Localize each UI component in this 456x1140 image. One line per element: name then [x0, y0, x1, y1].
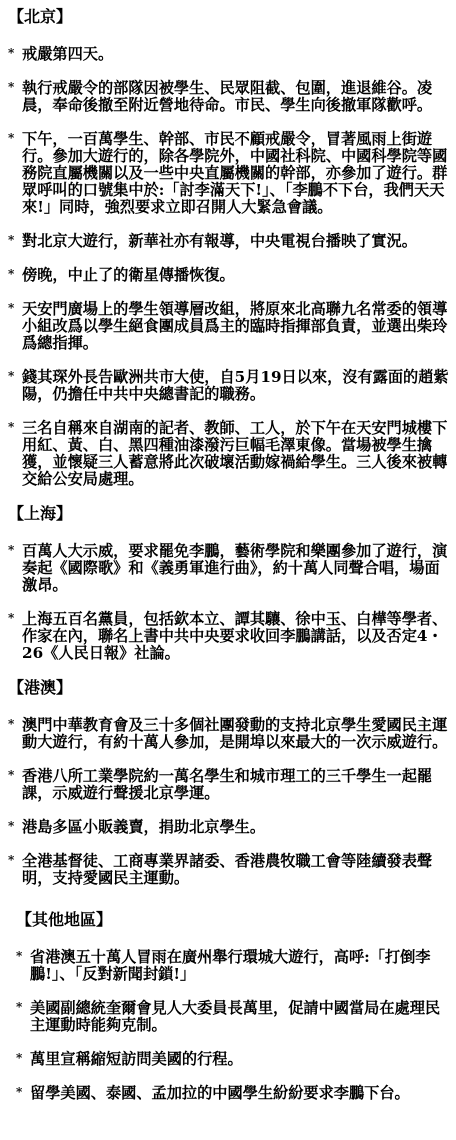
item-text: 港島多區小販義賣，捐助北京學生。	[22, 818, 265, 836]
item-text: 傍晚，中止了的衛星傳播恢復。	[22, 266, 235, 284]
item-text: 天安門廣場上的學生領導層改組，將原來北高聯九名常委的領導小組改爲以學生絕食團成員…	[22, 300, 447, 352]
list-item: *留學美國、泰國、孟加拉的中國學生紛紛要求李鵬下台。	[0, 1085, 456, 1102]
list-item: *錢其琛外長告歐洲共市大使，自5月19日以來，沒有露面的趙紫陽，仍擔任中共中央總…	[0, 369, 456, 403]
bullet-icon: *	[8, 717, 14, 731]
item-list: *澳門中華教育會及三十多個社團發動的支持北京學生愛國民主運動大遊行，有約十萬人參…	[0, 717, 456, 887]
item-text: 錢其琛外長告歐洲共市大使，自5月19日以來，沒有露面的趙紫陽，仍擔任中共中央總書…	[22, 368, 449, 403]
item-text: 三名自稱來自湖南的記者、教師、工人，於下午在天安門城樓下用紅、黃、白、黑四種油漆…	[22, 419, 447, 488]
section-title: 【港澳】	[8, 679, 456, 697]
item-text: 香港八所工業學院約一萬名學生和城市理工的三千學生一起罷課，示威遊行聲援北京學運。	[22, 767, 432, 802]
bullet-icon: *	[8, 369, 14, 383]
bullet-icon: *	[8, 267, 14, 281]
bullet-icon: *	[8, 301, 14, 315]
item-text: 萬里宣稱縮短訪問美國的行程。	[30, 1050, 243, 1068]
item-text: 留學美國、泰國、孟加拉的中國學生紛紛要求李鵬下台。	[30, 1084, 410, 1102]
list-item: *戒嚴第四天。	[0, 46, 456, 63]
list-item: *三名自稱來自湖南的記者、教師、工人，於下午在天安門城樓下用紅、黃、白、黑四種油…	[0, 420, 456, 488]
item-text: 省港澳五十萬人冒雨在廣州舉行環城大遊行，高呼:「打倒李鵬!」、「反對新聞封鎖!」	[30, 948, 430, 983]
bullet-icon: *	[16, 1051, 22, 1065]
list-item: *天安門廣場上的學生領導層改組，將原來北高聯九名常委的領導小組改爲以學生絕食團成…	[0, 301, 456, 352]
item-text: 美國副總統奎爾會見人大委員長萬里，促請中國當局在處理民主運動時能夠克制。	[30, 999, 440, 1034]
item-list: *百萬人大示威，要求罷免李鵬，藝術學院和樂團參加了遊行，演奏起《國際歌》和《義勇…	[0, 543, 456, 662]
item-text: 戒嚴第四天。	[22, 45, 113, 63]
bullet-icon: *	[8, 233, 14, 247]
bullet-icon: *	[8, 46, 14, 60]
item-text: 上海五百名黨員，包括欽本立、譚其驤、徐中玉、白樺等學者、作家在內，聯名上書中共中…	[22, 610, 447, 662]
item-text: 執行戒嚴令的部隊因被學生、民眾阻截、包圍，進退維谷。凌晨，奉命後撤至附近營地待命…	[22, 79, 432, 114]
item-list: *省港澳五十萬人冒雨在廣州舉行環城大遊行，高呼:「打倒李鵬!」、「反對新聞封鎖!…	[0, 949, 456, 1102]
list-item: *傍晚，中止了的衛星傳播恢復。	[0, 267, 456, 284]
bullet-icon: *	[8, 819, 14, 833]
bullet-icon: *	[8, 420, 14, 434]
list-item: *全港基督徒、工商專業界諸委、香港農牧職工會等陸續發表聲明，支持愛國民主運動。	[0, 853, 456, 887]
section-title: 【北京】	[8, 8, 456, 26]
list-item: *美國副總統奎爾會見人大委員長萬里，促請中國當局在處理民主運動時能夠克制。	[0, 1000, 456, 1034]
bullet-icon: *	[8, 768, 14, 782]
item-text: 全港基督徒、工商專業界諸委、香港農牧職工會等陸續發表聲明，支持愛國民主運動。	[22, 852, 432, 887]
list-item: *萬里宣稱縮短訪問美國的行程。	[0, 1051, 456, 1068]
item-list: *戒嚴第四天。 *執行戒嚴令的部隊因被學生、民眾阻截、包圍，進退維谷。凌晨，奉命…	[0, 46, 456, 488]
section-other-regions: 【其他地區】 *省港澳五十萬人冒雨在廣州舉行環城大遊行，高呼:「打倒李鵬!」、「…	[0, 911, 456, 1102]
section-beijing: 【北京】 *戒嚴第四天。 *執行戒嚴令的部隊因被學生、民眾阻截、包圍，進退維谷。…	[0, 8, 456, 488]
bullet-icon: *	[16, 1000, 22, 1014]
bullet-icon: *	[8, 543, 14, 557]
bullet-icon: *	[8, 853, 14, 867]
section-title: 【上海】	[8, 505, 456, 523]
list-item: *香港八所工業學院約一萬名學生和城市理工的三千學生一起罷課，示威遊行聲援北京學運…	[0, 768, 456, 802]
section-shanghai: 【上海】 *百萬人大示威，要求罷免李鵬，藝術學院和樂團參加了遊行，演奏起《國際歌…	[0, 505, 456, 662]
news-document: 【北京】 *戒嚴第四天。 *執行戒嚴令的部隊因被學生、民眾阻截、包圍，進退維谷。…	[0, 0, 456, 1102]
bullet-icon: *	[8, 80, 14, 94]
list-item: *百萬人大示威，要求罷免李鵬，藝術學院和樂團參加了遊行，演奏起《國際歌》和《義勇…	[0, 543, 456, 594]
list-item: *下午，一百萬學生、幹部、市民不顧戒嚴令，冒著風雨上街遊行。參加大遊行的，除各學…	[0, 131, 456, 216]
item-text: 下午，一百萬學生、幹部、市民不顧戒嚴令，冒著風雨上街遊行。參加大遊行的，除各學院…	[22, 130, 447, 216]
bullet-icon: *	[16, 949, 22, 963]
section-hong-kong-macau: 【港澳】 *澳門中華教育會及三十多個社團發動的支持北京學生愛國民主運動大遊行，有…	[0, 679, 456, 887]
list-item: *執行戒嚴令的部隊因被學生、民眾阻截、包圍，進退維谷。凌晨，奉命後撤至附近營地待…	[0, 80, 456, 114]
list-item: *省港澳五十萬人冒雨在廣州舉行環城大遊行，高呼:「打倒李鵬!」、「反對新聞封鎖!…	[0, 949, 456, 983]
list-item: *上海五百名黨員，包括欽本立、譚其驤、徐中玉、白樺等學者、作家在內，聯名上書中共…	[0, 611, 456, 662]
section-title: 【其他地區】	[16, 911, 456, 929]
item-text: 百萬人大示威，要求罷免李鵬，藝術學院和樂團參加了遊行，演奏起《國際歌》和《義勇軍…	[22, 542, 447, 594]
bullet-icon: *	[8, 611, 14, 625]
bullet-icon: *	[16, 1085, 22, 1099]
list-item: *港島多區小販義賣，捐助北京學生。	[0, 819, 456, 836]
list-item: *澳門中華教育會及三十多個社團發動的支持北京學生愛國民主運動大遊行，有約十萬人參…	[0, 717, 456, 751]
list-item: *對北京大遊行，新華社亦有報導，中央電視台播映了實況。	[0, 233, 456, 250]
item-text: 對北京大遊行，新華社亦有報導，中央電視台播映了實況。	[22, 232, 417, 250]
item-text: 澳門中華教育會及三十多個社團發動的支持北京學生愛國民主運動大遊行，有約十萬人參加…	[22, 716, 447, 751]
bullet-icon: *	[8, 131, 14, 145]
